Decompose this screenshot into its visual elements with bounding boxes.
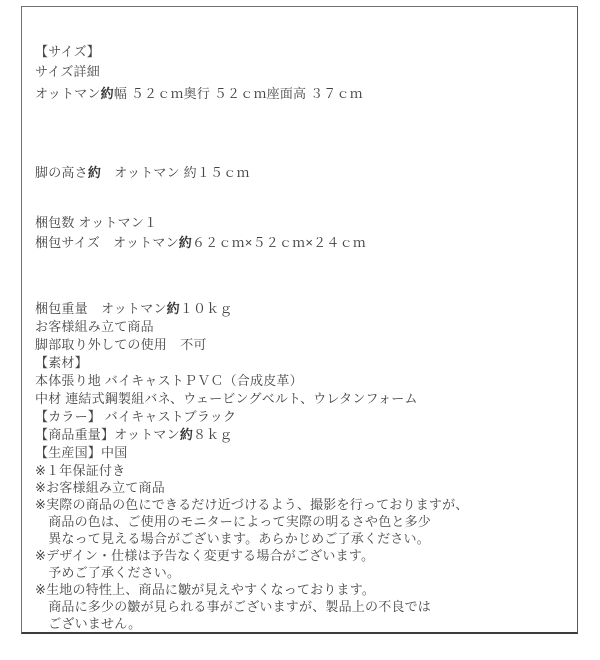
text-segment: 梱包数 オットマン１ [35,215,157,230]
spec-text: 【サイズ】サイズ詳細オットマン約幅 ５２ｃｍ奥行 ５２ｃｍ座面高 ３７ｃｍ脚の高… [35,42,569,632]
text-segment: 【サイズ】 [35,44,100,59]
text-line: 梱包数 オットマン１ [35,213,569,233]
text-line: 【商品重量】オットマン約８ｋｇ [35,426,569,444]
text-segment: １０ｋｇ [180,301,233,316]
text-line: 【素材】 [35,354,569,372]
text-segment: ６２ｃｍ×５２ｃｍ×２４ｃｍ [192,235,366,250]
product-details: 梱包重量 オットマン約１０ｋｇお客様組み立て商品脚部取り外しての使用 不可【素材… [35,300,569,462]
text-line: ※１年保証付き [35,462,569,479]
text-segment: ※デザイン・仕様は予告なく変更する場合がございます。 [35,548,374,563]
text-line: 中材 連結式鋼製組バネ、ウェービングベルト、ウレタンフォーム [35,390,569,408]
text-line: ※お客様組み立て商品 [35,479,569,496]
text-segment: 商品に多少の皺が見られる事がございますが、製品上の不良では [35,599,431,614]
text-segment: ※実際の商品の色にできるだけ近づけるよう、撮影を行っておりますが、 [35,497,469,512]
leg-height: 脚の高さ約 オットマン 約１５ｃｍ [35,163,569,183]
text-line: お客様組み立て商品 [35,318,569,336]
text-segment: サイズ詳細 [35,64,100,79]
text-line: オットマン約幅 ５２ｃｍ奥行 ５２ｃｍ座面高 ３７ｃｍ [35,84,569,104]
text-segment: 梱包サイズ オットマン [35,235,179,250]
emphasis-text: 約 [101,86,114,101]
emphasis-text: 約 [88,165,101,180]
text-segment: 脚の高さ [35,165,88,180]
text-segment: 本体張り地 バイキャストＰＶＣ（合成皮革） [35,373,303,388]
text-segment: ※１年保証付き [35,463,125,478]
text-segment: 梱包重量 オットマン [35,301,167,316]
text-line: 脚の高さ約 オットマン 約１５ｃｍ [35,163,569,183]
text-line: ※実際の商品の色にできるだけ近づけるよう、撮影を行っておりますが、 [35,496,569,513]
text-segment: ございません。 [35,616,141,631]
text-line: 梱包重量 オットマン約１０ｋｇ [35,300,569,318]
text-segment: オットマン 約１５ｃｍ [101,165,250,180]
text-line: 予めご了承ください。 [35,564,569,581]
text-line: 異なって見える場合がございます。あらかじめご了承ください。 [35,530,569,547]
text-line: 【カラー】 バイキャストブラック [35,408,569,426]
text-segment: お客様組み立て商品 [35,319,154,334]
size-header: 【サイズ】サイズ詳細 [35,42,569,82]
text-segment: ８ｋｇ [193,427,233,442]
text-line: 梱包サイズ オットマン約６２ｃｍ×５２ｃｍ×２４ｃｍ [35,233,569,253]
size-detail: オットマン約幅 ５２ｃｍ奥行 ５２ｃｍ座面高 ３７ｃｍ [35,84,569,104]
text-line: 【サイズ】 [35,42,569,62]
emphasis-text: 約 [179,235,192,250]
text-segment: 中材 連結式鋼製組バネ、ウェービングベルト、ウレタンフォーム [35,391,418,406]
text-segment: 商品の色は、ご使用のモニターによって実際の明るさや色と多少 [35,514,431,529]
text-line: 商品に多少の皺が見られる事がございますが、製品上の不良では [35,598,569,615]
text-line: 脚部取り外しての使用 不可 [35,336,569,354]
text-line: ございません。 [35,615,569,632]
text-segment: オットマン [35,86,101,101]
text-segment: 幅 ５２ｃｍ奥行 ５２ｃｍ座面高 ３７ｃｍ [114,86,363,101]
text-segment: ※お客様組み立て商品 [35,480,165,495]
text-line: ※デザイン・仕様は予告なく変更する場合がございます。 [35,547,569,564]
text-line: 【生産国】中国 [35,444,569,462]
text-segment: 異なって見える場合がございます。あらかじめご了承ください。 [35,531,430,546]
text-segment: 【商品重量】オットマン [35,427,180,442]
text-segment: 【生産国】中国 [35,445,127,460]
text-line: 本体張り地 バイキャストＰＶＣ（合成皮革） [35,372,569,390]
text-line: ※生地の特性上、商品に皺が見えやすくなっております。 [35,581,569,598]
notes: ※１年保証付き※お客様組み立て商品※実際の商品の色にできるだけ近づけるよう、撮影… [35,462,569,632]
emphasis-text: 約 [167,301,180,316]
text-segment: 【カラー】 バイキャストブラック [35,409,236,424]
text-segment: 予めご了承ください。 [35,565,180,580]
product-spec-panel: 【サイズ】サイズ詳細オットマン約幅 ５２ｃｍ奥行 ５２ｃｍ座面高 ３７ｃｍ脚の高… [21,6,578,634]
package-info: 梱包数 オットマン１梱包サイズ オットマン約６２ｃｍ×５２ｃｍ×２４ｃｍ [35,213,569,253]
text-segment: ※生地の特性上、商品に皺が見えやすくなっております。 [35,582,375,597]
text-segment: 【素材】 [35,355,88,370]
text-line: サイズ詳細 [35,62,569,82]
text-segment: 脚部取り外しての使用 不可 [35,337,207,352]
text-line: 商品の色は、ご使用のモニターによって実際の明るさや色と多少 [35,513,569,530]
emphasis-text: 約 [180,427,193,442]
page: 【サイズ】サイズ詳細オットマン約幅 ５２ｃｍ奥行 ５２ｃｍ座面高 ３７ｃｍ脚の高… [0,0,600,660]
